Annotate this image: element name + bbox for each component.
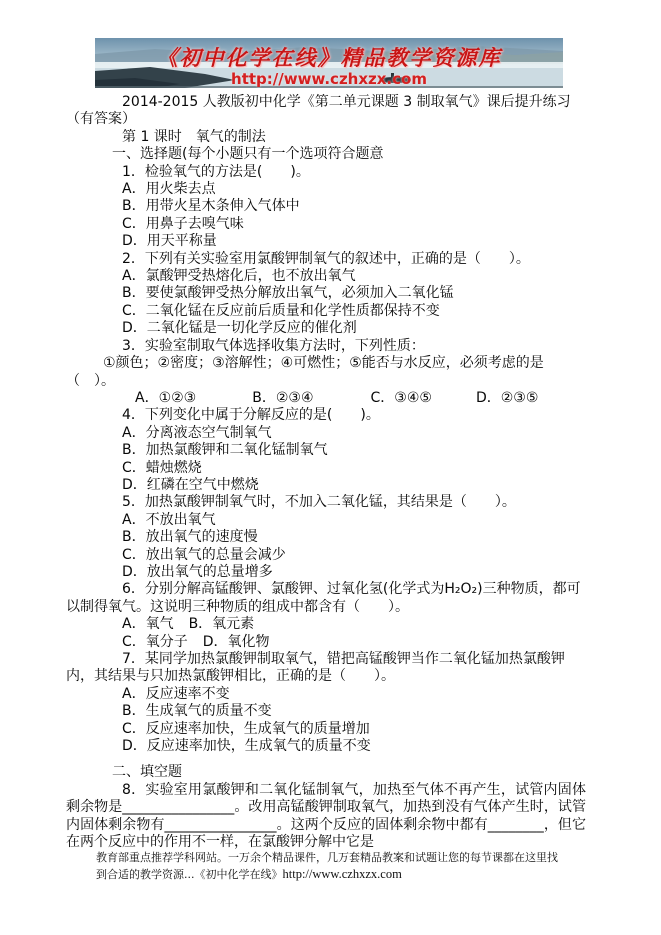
- page-footer: 教育部重点推荐学科网站。一万余个精品课件，几万套精品教案和试题让您的每节课都在这…: [96, 849, 568, 883]
- question-5-option-b: B．放出氧气的速度慢: [66, 529, 586, 546]
- question-1-option-d: D．用天平称量: [66, 233, 586, 250]
- question-6-option-b: B．氧元素: [189, 616, 255, 632]
- question-5-option-d: D．放出氧气的总量增多: [66, 564, 586, 581]
- question-6-option-a: A．氧气: [122, 616, 174, 632]
- question-6-options-row-2: C．氧分子D．氧化物: [66, 634, 586, 651]
- question-3-properties-line: ①颜色；②密度；③溶解性；④可燃性；⑤能否与水反应，必须考虑的是（ ）。: [66, 355, 586, 390]
- question-6-option-d: D．氧化物: [203, 634, 270, 650]
- lesson-heading: 第 1 课时 氧气的制法: [66, 129, 586, 146]
- question-5-option-c: C．放出氧气的总量会减少: [66, 547, 586, 564]
- question-1-option-a: A．用火柴去点: [66, 181, 586, 198]
- section-heading-blank: 二、填空题: [66, 764, 586, 781]
- worksheet-title: 2014-2015 人教版初中化学《第二单元课题 3 制取氧气》课后提升练习（有…: [66, 94, 586, 129]
- question-3-option-d: D．②③⑤: [476, 390, 538, 407]
- banner-site-url: http://www.czhxzx.com: [95, 70, 563, 88]
- question-1-stem: 1．检验氧气的方法是( )。: [66, 164, 586, 181]
- question-8-text: 8．实验室用氯酸钾和二氧化锰制氧气，加热至气体不再产生，试管内固体剩余物是___…: [66, 782, 586, 852]
- question-4-option-a: A．分离液态空气制氧气: [66, 425, 586, 442]
- question-7-option-b: B．生成氧气的质量不变: [66, 703, 586, 720]
- question-2-stem: 2．下列有关实验室用氯酸钾制氧气的叙述中，正确的是（ ）。: [66, 251, 586, 268]
- question-3-stem: 3．实验室制取气体选择收集方法时，下列性质：: [66, 338, 586, 355]
- question-2-option-d: D．二氧化锰是一切化学反应的催化剂: [66, 320, 586, 337]
- banner-site-title: 《初中化学在线》精品教学资源库: [95, 42, 563, 72]
- question-1-option-c: C．用鼻子去嗅气味: [66, 216, 586, 233]
- question-2-option-c: C．二氧化锰在反应前后质量和化学性质都保持不变: [66, 303, 586, 320]
- question-5-stem: 5．加热氯酸钾制氧气时，不加入二氧化锰，其结果是（ ）。: [66, 494, 586, 511]
- question-4-option-d: D．红磷在空气中燃烧: [66, 477, 586, 494]
- question-7-stem: 7．某同学加热氯酸钾制取氧气，错把高锰酸钾当作二氧化锰加热氯酸钾内，其结果与只加…: [66, 651, 586, 686]
- question-7-option-d: D．反应速率加快，生成氧气的质量不变: [66, 738, 586, 755]
- footer-site-url[interactable]: http://www.czhxzx.com: [283, 867, 402, 881]
- question-4-stem: 4．下列变化中属于分解反应的是( )。: [66, 407, 586, 424]
- question-5-option-a: A．不放出氧气: [66, 512, 586, 529]
- section-heading-choice: 一、选择题(每个小题只有一个选项符合题意: [66, 146, 586, 163]
- question-7-option-c: C．反应速率加快，生成氧气的质量增加: [66, 721, 586, 738]
- question-3-option-c: C．③④⑤: [371, 390, 432, 407]
- question-6-option-c: C．氧分子: [122, 634, 188, 650]
- question-1-option-b: B．用带火星木条伸入气体中: [66, 198, 586, 215]
- site-banner: 《初中化学在线》精品教学资源库 http://www.czhxzx.com: [95, 38, 563, 88]
- worksheet-body: 2014-2015 人教版初中化学《第二单元课题 3 制取氧气》课后提升练习（有…: [66, 94, 586, 851]
- question-3-option-a: A．①②③: [135, 390, 196, 407]
- question-3-options-row: A．①②③B．②③④C．③④⑤D．②③⑤: [66, 390, 586, 407]
- document-page: 《初中化学在线》精品教学资源库 http://www.czhxzx.com 20…: [0, 0, 661, 935]
- question-4-option-b: B．加热氯酸钾和二氧化锰制氧气: [66, 442, 586, 459]
- question-7-option-a: A．反应速率不变: [66, 686, 586, 703]
- question-2-option-a: A．氯酸钾受热熔化后，也不放出氧气: [66, 268, 586, 285]
- question-6-stem: 6．分别分解高锰酸钾、氯酸钾、过氧化氢(化学式为H₂O₂)三种物质，都可以制得氧…: [66, 581, 586, 616]
- question-4-option-c: C．蜡烛燃烧: [66, 460, 586, 477]
- question-6-options-row-1: A．氧气B．氧元素: [66, 616, 586, 633]
- question-2-option-b: B．要使氯酸钾受热分解放出氧气，必须加入二氧化锰: [66, 285, 586, 302]
- question-3-option-b: B．②③④: [252, 390, 313, 407]
